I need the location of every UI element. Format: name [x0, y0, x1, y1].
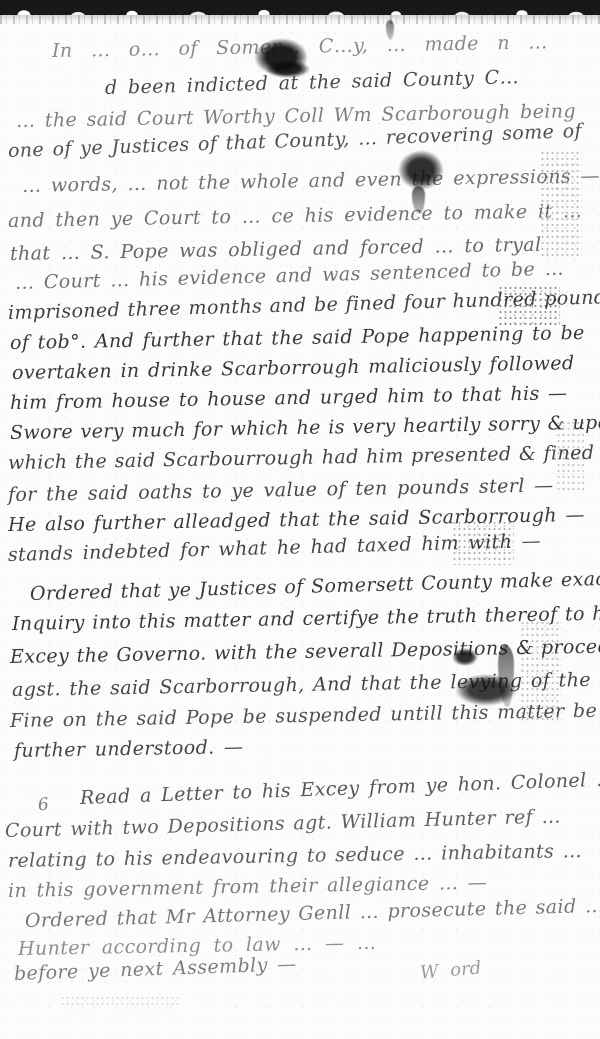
signature-mark: W ord [419, 957, 482, 983]
manuscript-line: and then ye Court to … ce his evidence t… [8, 200, 583, 232]
band-frayed-edge [0, 15, 600, 24]
ink-blot-mid-upper [398, 150, 444, 190]
edge-speckle-upper-right [540, 150, 582, 260]
manuscript-page: In … o… of Somer… C…y, … made n …d been … [0, 0, 600, 1039]
manuscript-line: of tob°. And further that the said Pope … [10, 322, 585, 354]
manuscript-line: for the said oaths to ye value of ten po… [8, 474, 554, 506]
manuscript-line: overtaken in drinke Scarborrough malicio… [12, 352, 575, 384]
smudge-imprisoned-line [498, 285, 560, 325]
manuscript-line: d been indicted at the said County C… [105, 66, 520, 99]
manuscript-line: relating to his endeavouring to seduce …… [8, 840, 582, 872]
manuscript-line: Swore very much for which he is very hea… [10, 411, 600, 444]
manuscript-line: further understood. — [14, 736, 244, 762]
manuscript-line: Inquiry into this matter and certifye th… [12, 602, 600, 635]
margin-mark: 6 [37, 794, 50, 815]
manuscript-line: Read a Letter to his Excey from ye hon. … [80, 768, 600, 809]
ink-blot-heading-2 [266, 60, 310, 78]
manuscript-line: Court with two Depositions agt. William … [5, 805, 561, 842]
edge-speckle-lower-right [520, 620, 562, 720]
binding-lace-band [0, 0, 600, 15]
ink-blot-proceed [452, 648, 478, 666]
edge-speckle-mid-right [556, 420, 584, 490]
speckle-bottom-left [60, 995, 180, 1009]
manuscript-line: Ordered that Mr Attorney Genll … prosecu… [25, 895, 600, 932]
smudge-scarborough-line [452, 520, 514, 565]
manuscript-line: … words, … not the whole and even the ex… [22, 165, 600, 197]
manuscript-line: which the said Scarbourrough had him pre… [8, 442, 595, 474]
manuscript-line: him from house to house and urged him to… [10, 382, 568, 414]
manuscript-line: in this government from their allegiance… [8, 872, 487, 902]
manuscript-line: Ordered that ye Justices of Somersett Co… [30, 568, 600, 605]
